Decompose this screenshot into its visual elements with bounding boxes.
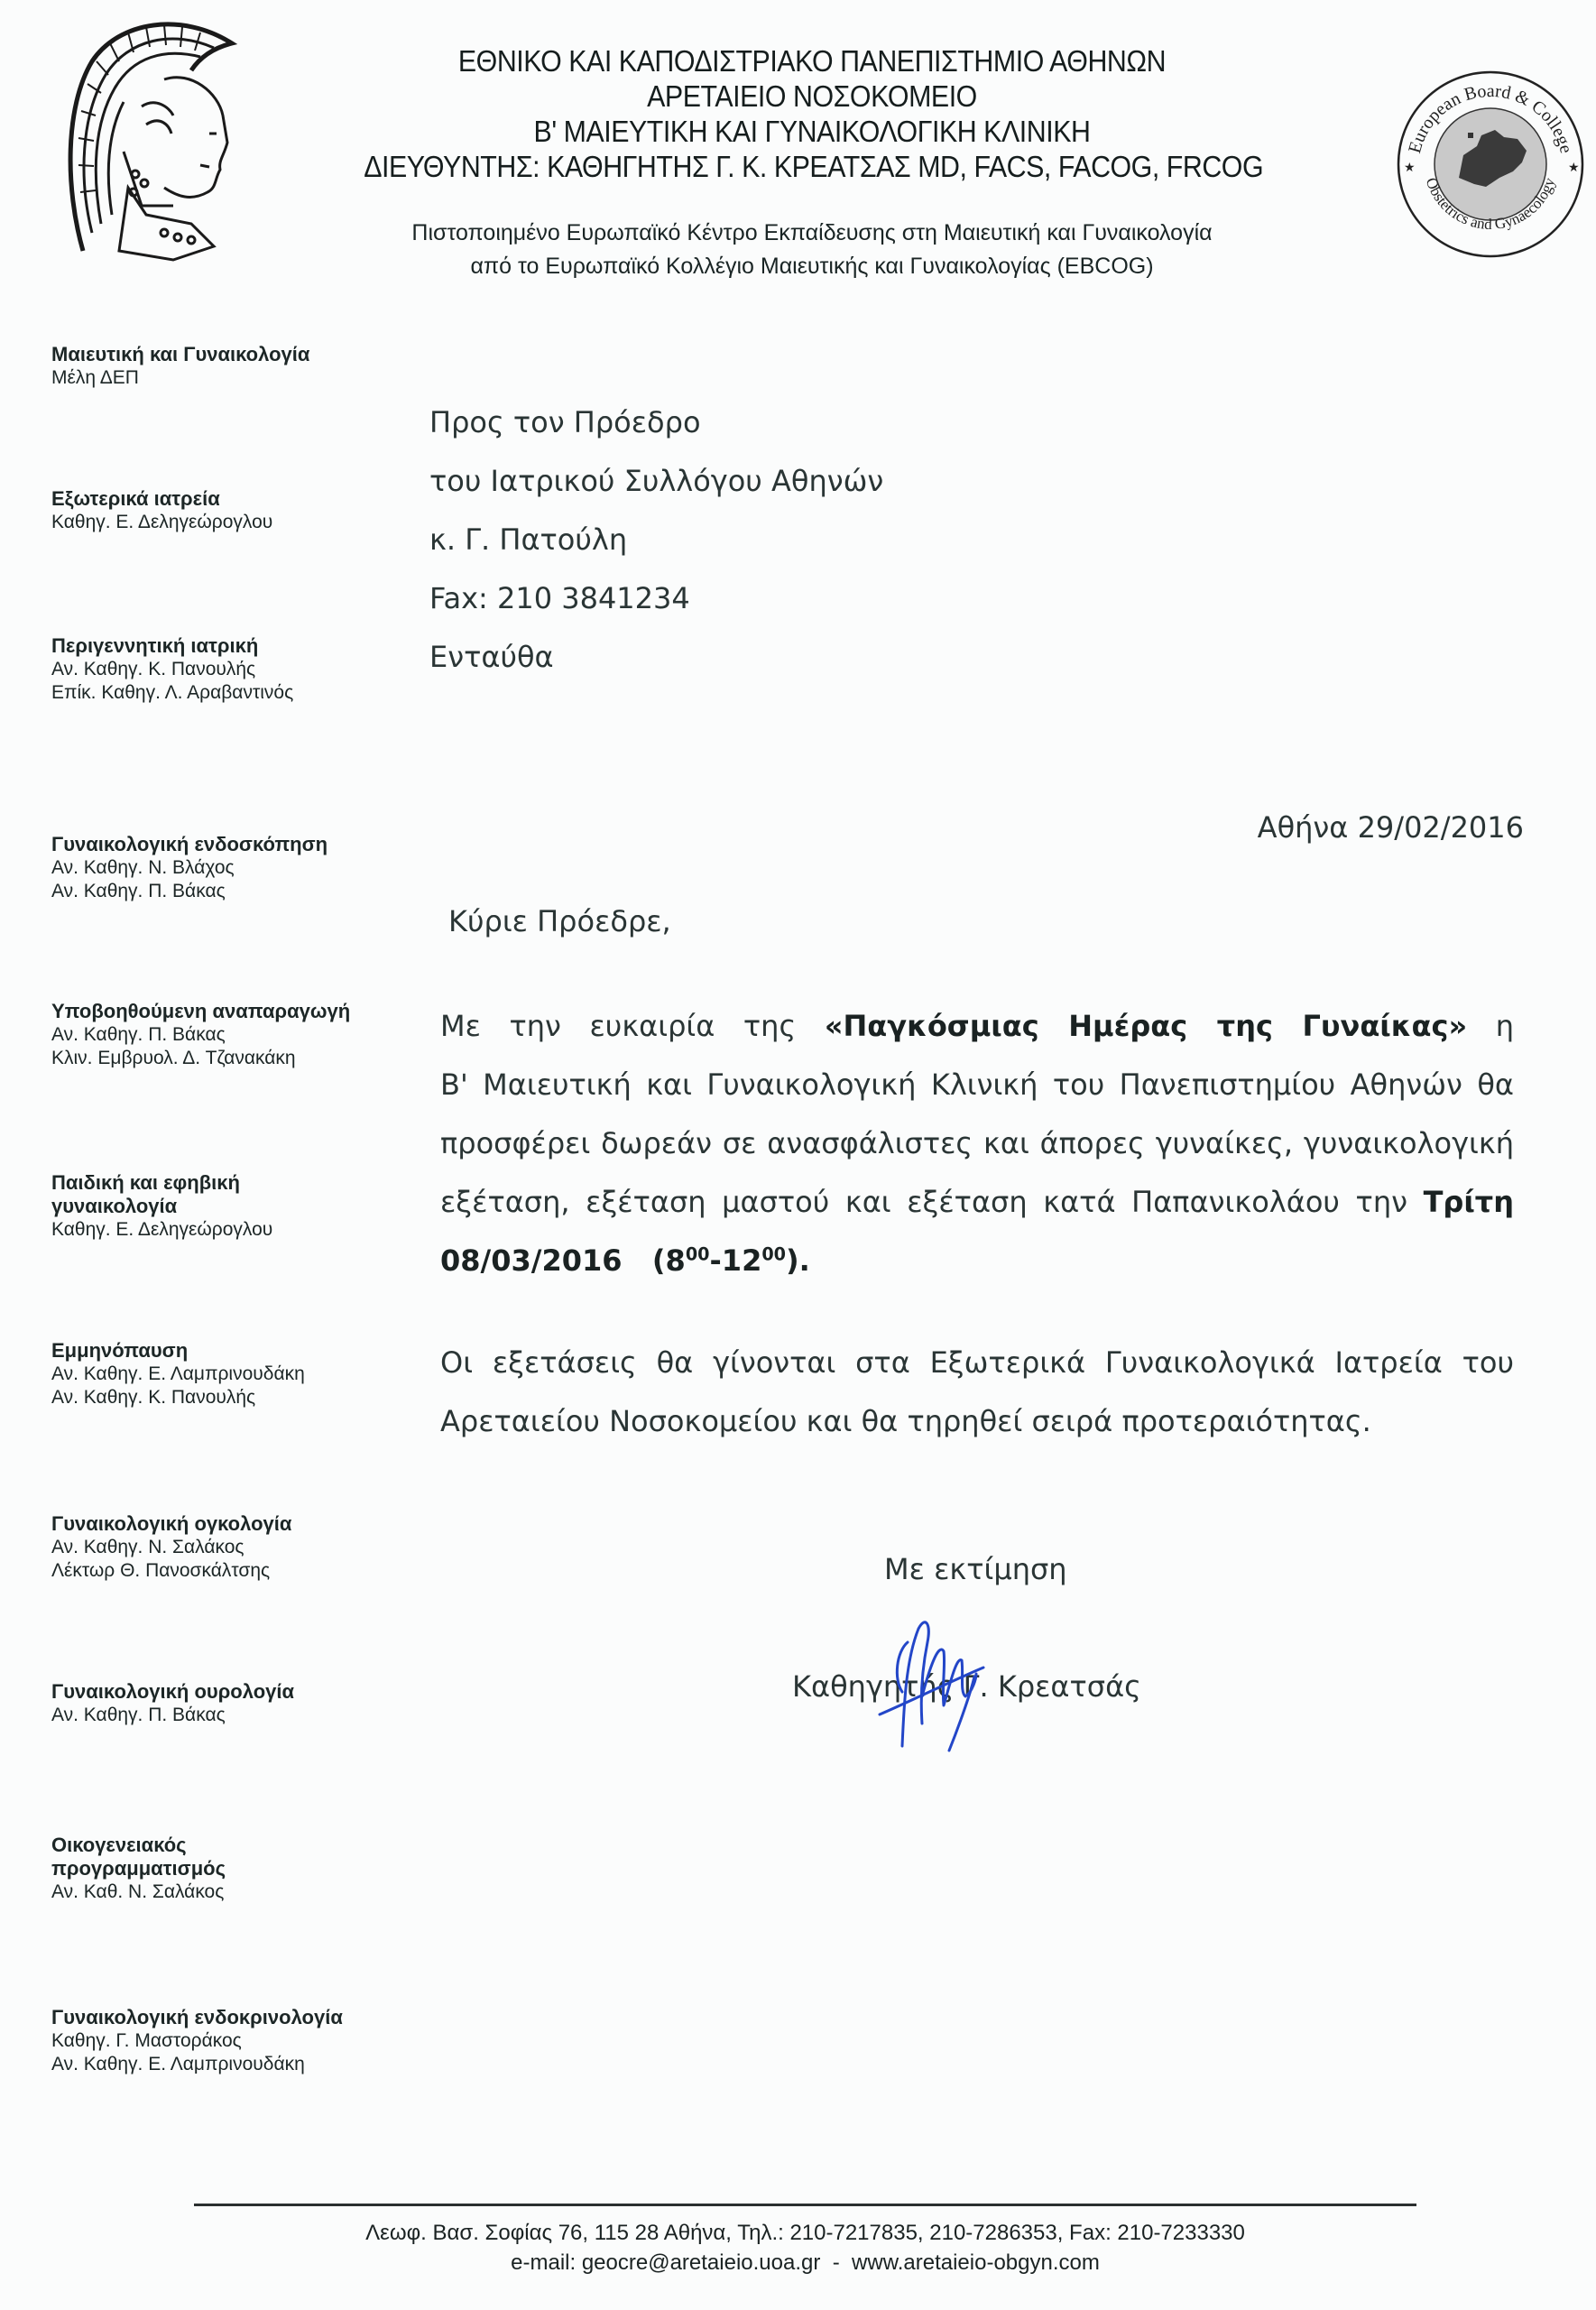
svg-text:★: ★ xyxy=(1404,160,1416,174)
sidebar-group-title: Γυναικολογική ουρολογία xyxy=(51,1680,430,1704)
sidebar-group-assisted-reproduction: Υποβοηθούμενη αναπαραγωγή Αν. Καθηγ. Π. … xyxy=(51,1000,430,1070)
accreditation-line-2: από το Ευρωπαϊκό Κολλέγιο Μαιευτικής και… xyxy=(316,250,1308,283)
paragraph-line: Β' Μαιευτική και Γυναικολογική Κλινική τ… xyxy=(440,1056,1514,1114)
recipient-fax: Fax: 210 3841234 xyxy=(429,569,1061,628)
paragraph-line: Αρεταιείου Νοσοκομείου και θα τηρηθεί σε… xyxy=(440,1392,1514,1451)
sidebar-group-title: Γυναικολογική ενδοσκόπηση xyxy=(51,833,430,856)
sidebar-member: Αν. Καθηγ. Ε. Λαμπρινουδάκη xyxy=(51,1363,430,1386)
recipient-block: Προς τον Πρόεδρο του Ιατρικού Συλλόγου Α… xyxy=(429,393,1061,687)
sidebar-group-perinatal: Περιγεννητική ιατρική Αν. Καθηγ. Κ. Πανο… xyxy=(51,634,430,705)
sidebar-group-obgyn: Μαιευτική και Γυναικολογία Μέλη ΔΕΠ xyxy=(51,343,430,390)
sidebar-member: Αν. Καθηγ. Ε. Λαμπρινουδάκη xyxy=(51,2053,430,2076)
sidebar-member: Αν. Καθηγ. Π. Βάκας xyxy=(51,1023,430,1047)
sidebar-group-title: Μαιευτική και Γυναικολογία xyxy=(51,343,430,366)
letterhead-title: ΕΘΝΙΚΟ ΚΑΙ ΚΑΠΟΔΙΣΤΡΙΑΚΟ ΠΑΝΕΠΙΣΤΗΜΙΟ ΑΘ… xyxy=(325,43,1299,184)
sidebar-group-title: Υποβοηθούμενη αναπαραγωγή xyxy=(51,1000,430,1023)
sidebar-member: Επίκ. Καθηγ. Λ. Αραβαντινός xyxy=(51,681,430,705)
sidebar-group-title: Εμμηνόπαυση xyxy=(51,1339,430,1363)
paragraph-line: εξέταση, εξέταση μαστού και εξέταση κατά… xyxy=(440,1173,1514,1232)
event-day: Τρίτη xyxy=(1424,1185,1514,1219)
footer-divider xyxy=(194,2204,1416,2206)
sidebar-member: Αν. Καθ. Ν. Σαλάκος xyxy=(51,1880,286,1904)
accreditation-text: Πιστοποιημένο Ευρωπαϊκό Κέντρο Εκπαίδευσ… xyxy=(316,217,1308,283)
website-link[interactable]: www.aretaieio-obgyn.com xyxy=(852,2250,1100,2275)
sidebar-group-menopause: Εμμηνόπαυση Αν. Καθηγ. Ε. Λαμπρινουδάκη … xyxy=(51,1339,430,1409)
sidebar-group-title: Εξωτερικά ιατρεία xyxy=(51,487,430,511)
sidebar-group-title: Οικογενειακός προγραμματισμός xyxy=(51,1834,286,1880)
recipient-line: του Ιατρικού Συλλόγου Αθηνών xyxy=(429,452,1061,511)
email-link[interactable]: geocre@aretaieio.uoa.gr xyxy=(582,2250,821,2275)
sidebar-group-outpatient: Εξωτερικά ιατρεία Καθηγ. Ε. Δεληγεώρογλο… xyxy=(51,487,430,534)
accreditation-line-1: Πιστοποιημένο Ευρωπαϊκό Κέντρο Εκπαίδευσ… xyxy=(316,217,1308,250)
clinic-name: Β' ΜΑΙΕΥΤΙΚΗ ΚΑΙ ΓΥΝΑΙΚΟΛΟΓΙΚΗ ΚΛΙΝΙΚΗ xyxy=(364,114,1260,149)
paragraph-line: προσφέρει δωρεάν σε ανασφάλιστες και άπο… xyxy=(440,1114,1514,1173)
footer-contact: Λεωφ. Βασ. Σοφίας 76, 115 28 Αθήνα, Τηλ.… xyxy=(194,2218,1416,2278)
closing: Με εκτίμηση xyxy=(884,1552,1067,1586)
sidebar-group-endoscopy: Γυναικολογική ενδοσκόπηση Αν. Καθηγ. Ν. … xyxy=(51,833,430,903)
handwritten-signature-icon xyxy=(866,1588,1029,1769)
sidebar-member: Μέλη ΔΕΠ xyxy=(51,366,430,390)
athena-logo-icon xyxy=(56,7,272,278)
hospital-name: ΑΡΕΤΑΙΕΙΟ ΝΟΣΟΚΟΜΕΙΟ xyxy=(364,79,1260,114)
sidebar-member: Αν. Καθηγ. Κ. Πανουλής xyxy=(51,1386,430,1409)
sidebar-member: Λέκτωρ Θ. Πανοσκάλτσης xyxy=(51,1559,430,1583)
director-line: ΔΙΕΥΘΥΝΤΗΣ: ΚΑΘΗΓΗΤΗΣ Γ. Κ. ΚΡΕΑΤΣΑΣ MD,… xyxy=(364,149,1260,184)
footer-address: Λεωφ. Βασ. Σοφίας 76, 115 28 Αθήνα, Τηλ.… xyxy=(194,2218,1416,2248)
recipient-line: Προς τον Πρόεδρο xyxy=(429,393,1061,452)
sidebar-group-family-planning: Οικογενειακός προγραμματισμός Αν. Καθ. Ν… xyxy=(51,1834,286,1904)
sidebar-group-endocrinology: Γυναικολογική ενδοκρινολογία Καθηγ. Γ. Μ… xyxy=(51,2006,430,2076)
sidebar-group-pediatric: Παιδική και εφηβική γυναικολογία Καθηγ. … xyxy=(51,1171,295,1242)
sidebar-member: Καθηγ. Ε. Δεληγεώρογλου xyxy=(51,511,430,534)
sidebar-member: Αν. Καθηγ. Κ. Πανουλής xyxy=(51,658,430,681)
paragraph-line: 08/03/2016 (800-1200). xyxy=(440,1232,1514,1290)
sidebar-member: Αν. Καθηγ. Ν. Βλάχος xyxy=(51,856,430,880)
sidebar-member: Αν. Καθηγ. Π. Βάκας xyxy=(51,1704,430,1727)
svg-text:★: ★ xyxy=(1568,160,1580,174)
letter-date: Αθήνα 29/02/2016 xyxy=(1258,810,1524,845)
footer-links: e-mail: geocre@aretaieio.uoa.gr - www.ar… xyxy=(194,2248,1416,2278)
sidebar-member: Καθηγ. Γ. Μαστοράκος xyxy=(51,2029,430,2053)
recipient-line: Ενταύθα xyxy=(429,628,1061,687)
ebcog-seal-icon: European Board & College Obstetrics and … xyxy=(1391,65,1590,263)
paragraph-line: Με την ευκαιρία της «Παγκόσμιας Ημέρας τ… xyxy=(440,997,1514,1056)
email-label: e-mail: xyxy=(511,2250,576,2275)
event-name: «Παγκόσμιας Ημέρας της Γυναίκας» xyxy=(825,1009,1467,1043)
recipient-line: κ. Γ. Πατούλη xyxy=(429,511,1061,569)
sidebar-group-title: Περιγεννητική ιατρική xyxy=(51,634,430,658)
body-paragraph-2: Οι εξετάσεις θα γίνονται στα Εξωτερικά Γ… xyxy=(440,1334,1514,1451)
salutation: Κύριε Πρόεδρε, xyxy=(448,904,671,938)
sidebar-group-urology: Γυναικολογική ουρολογία Αν. Καθηγ. Π. Βά… xyxy=(51,1680,430,1727)
sidebar-group-title: Γυναικολογική ενδοκρινολογία xyxy=(51,2006,430,2029)
event-date: 08/03/2016 xyxy=(440,1243,623,1278)
university-name: ΕΘΝΙΚΟ ΚΑΙ ΚΑΠΟΔΙΣΤΡΙΑΚΟ ΠΑΝΕΠΙΣΤΗΜΙΟ ΑΘ… xyxy=(364,43,1260,79)
sidebar-member: Κλιν. Εμβρυολ. Δ. Τζανακάκη xyxy=(51,1047,430,1070)
sidebar-group-oncology: Γυναικολογική ογκολογία Αν. Καθηγ. Ν. Σα… xyxy=(51,1512,430,1583)
footer-separator: - xyxy=(833,2250,840,2275)
sidebar-group-title: Γυναικολογική ογκολογία xyxy=(51,1512,430,1536)
sidebar-member: Αν. Καθηγ. Ν. Σαλάκος xyxy=(51,1536,430,1559)
sidebar-member: Καθηγ. Ε. Δεληγεώρογλου xyxy=(51,1218,295,1242)
sidebar-member: Αν. Καθηγ. Π. Βάκας xyxy=(51,880,430,903)
body-paragraph-1: Με την ευκαιρία της «Παγκόσμιας Ημέρας τ… xyxy=(440,997,1514,1290)
sidebar-group-title: Παιδική και εφηβική γυναικολογία xyxy=(51,1171,295,1218)
paragraph-line: Οι εξετάσεις θα γίνονται στα Εξωτερικά Γ… xyxy=(440,1334,1514,1392)
